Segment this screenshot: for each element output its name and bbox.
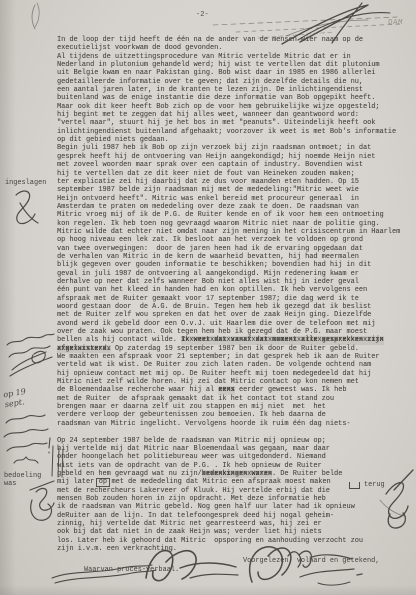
body-line-segment: hij begint met te zeggen dat hij alles w… (57, 111, 359, 119)
pen-mark-top-left (32, 3, 39, 29)
closing-formula-right: Voorgelezen, volhard en getekend, (243, 557, 379, 565)
body-line: raadsman van Mitric ingelicht. Vervolgen… (57, 420, 413, 428)
body-line-segment: van twee overwegingen: door de jaren hee… (57, 245, 363, 253)
body-line-segment: over de zaak wou praten. Ook tegen hem h… (57, 328, 367, 336)
body-line: buitenland was de enige instantie die de… (57, 94, 413, 102)
body-line-segment: geval in juli 1987 de ontvoering al aang… (57, 270, 359, 278)
body-line-segment: ik de raadsman van Mitric gebeld. Nog ge… (57, 503, 355, 511)
body-line-segment: In de loop der tijd heeft de één na de a… (57, 36, 363, 44)
body-line-segment: deRuiter aan de lijn. In dat telefoonges… (57, 512, 334, 520)
document-page: -2- DAM In de loop der tijd heeft de één… (0, 0, 416, 595)
body-line: op dit gebied niets gedaan. (57, 136, 413, 144)
body-line: met de Ruiter de afspraak gemaakt dat ik… (57, 395, 413, 403)
body-line-segment: Mitric vroeg mij of ik de P.G. de Ruiter… (57, 211, 384, 219)
body-line-segment: Mitric niet zelf wilde horen. Hij zei da… (57, 378, 359, 386)
body-line-segment: verdere verloop der gebeurtenissen zou b… (57, 411, 326, 419)
body-line-segment: Al tijdens de uitzettingsprocedure van M… (57, 53, 351, 61)
body-line-segment: Heijn ontvoerd heeft". Mitric was enkel … (57, 195, 359, 203)
body-line: avond werd ik gebeld door een O.v.J. uit… (57, 320, 413, 328)
body-line: onder hoongelach het politiebureau weer … (57, 453, 413, 461)
body-line: gedetailleerde informatie over te geven;… (57, 78, 413, 86)
body-line-segment: Maar ook dit keer heeft Bob zich op de v… (57, 103, 380, 111)
body-line-segment: hij vertelde mij dat Mitric naar Bloemen… (57, 445, 330, 453)
body-line-segment: de Bloemendaalse recherche waar hij al (57, 386, 218, 394)
body-line: Mitric vroeg mij of ik de P.G. de Ruiter… (57, 211, 413, 219)
body-line-segment-strike: eens (218, 386, 235, 394)
body-line-segment: gedetailleerde informatie over te geven;… (57, 78, 363, 86)
body-line-segment: wist iets van de opdracht van de P.G. . … (57, 462, 322, 470)
body-line-segment: los. Later heb ik gehoord dat Mitric ops… (57, 537, 363, 545)
body-line: ter explicatie zei hij daarbij dat ze du… (57, 178, 413, 186)
body-line-segment: ook bij dat dat niet in de zaak Heijn wa… (57, 528, 322, 536)
body-line: los. Later heb ik gehoord dat Mitric ops… (57, 537, 413, 545)
body-line-segment: inlichtingendienst buitenland afgehaakt;… (57, 128, 396, 136)
body-line-segment: avond werd ik gebeld door een O.v.J. uit… (57, 320, 375, 328)
body-line: één punt van het kleed in handen had en … (57, 286, 413, 294)
body-line (57, 428, 413, 436)
body-line-segment: met de Ruiter zelf wou spreken en dat he… (57, 311, 371, 319)
body-line: verdere verloop der gebeurtenissen zou b… (57, 411, 413, 419)
body-line: Begin juli 1987 heb ik Bob op zijn verzo… (57, 144, 413, 152)
body-line: afspraak met de Ruiter gemaakt voor 17 s… (57, 295, 413, 303)
body-line-segment: onder hoongelach het politiebureau weer … (57, 453, 326, 461)
body-line-segment: Mitric wilde dat echter niet omdat naar … (57, 228, 400, 236)
body-line: Nederland in plutonium gehandeld werd; h… (57, 61, 413, 69)
body-line: Mitric niet zelf wilde horen. Hij zei da… (57, 378, 413, 386)
body-line-segment-strike: bedenkingen waren (202, 470, 272, 478)
body-line: gesprek heeft hij de ontvoering van Heij… (57, 153, 413, 161)
body-line: Al tijdens de uitzettingsprocedure van M… (57, 53, 413, 61)
body-line: afgeluisterd. Op zaterdag 19 september 1… (57, 345, 413, 353)
body-line-segment: executielijst voorkwam de dood gevonden. (57, 44, 222, 52)
body-line-segment: Op 24 september 1987 belde de raadsman v… (57, 437, 326, 445)
body-line: ook bij dat dat niet in de zaak Heijn wa… (57, 528, 413, 536)
body-line: wist iets van de opdracht van de P.G. . … (57, 462, 413, 470)
body-line: op hoog niveau een lek zat. Ik besloot a… (57, 236, 413, 244)
body-line-segment: derhalve op neer dat zelfs wanneer Bob n… (57, 278, 359, 286)
body-line-segment: afspraak met de Ruiter gemaakt voor 17 s… (57, 295, 359, 303)
body-line: gebeld en hem gevraagd wat nu zijn/beden… (57, 470, 413, 478)
margin-note-line: was (4, 480, 41, 488)
body-line: een aantal jaren later, in de kranten te… (57, 86, 413, 94)
body-line: met zoveel woorden maar sprak over een c… (57, 161, 413, 169)
body-line-segment: brengen maar er daarna zelf uit zou stap… (57, 403, 326, 411)
stamp-text-fragment: DAM (388, 19, 404, 27)
document-body: In de loop der tijd heeft de één na de a… (57, 36, 413, 553)
body-line: We maakten een afspraak voor 21 septembe… (57, 353, 413, 361)
body-line-segment: met de Ruiter de afspraak gemaakt dat ik… (57, 395, 334, 403)
body-line-segment: de verhalen van Mitric in de kern de waa… (57, 253, 359, 261)
body-line: hij begint met te zeggen dat hij alles w… (57, 111, 413, 119)
body-line: september 1987 belde zijn raadsman mij m… (57, 186, 413, 194)
body-line-segment: mij later (57, 478, 94, 486)
body-line: Maar ook dit keer heeft Bob zich op de v… (57, 103, 413, 111)
body-line-segment: met de mededeling dat Mitric een afspraa… (112, 478, 331, 486)
body-line-segment: gesprek heeft hij de ontvoering van Heij… (57, 153, 375, 161)
body-line-segment: We maakten een afspraak voor 21 septembe… (57, 353, 380, 361)
body-line-segment: Op zaterdag 19 september 1987 ben ik doo… (111, 345, 359, 353)
body-line-segment: Begin juli 1987 heb ik Bob op zijn verzo… (57, 144, 371, 152)
page-number: -2- (196, 11, 209, 19)
body-line-segment: bellen als hij contact wilde. (57, 336, 181, 344)
margin-bracket-mark (349, 482, 360, 489)
body-line-segment: eerder geweest was. Ik heb (235, 386, 347, 394)
body-line: executielijst voorkwam de dood gevonden. (57, 44, 413, 52)
body-line-segment: op hoog niveau een lek zat. Ik besloot a… (57, 236, 363, 244)
body-line: Mitric wilde dat echter niet omdat naar … (57, 228, 413, 236)
body-line: inlichtingendienst buitenland afgehaakt;… (57, 128, 413, 136)
body-line-segment: zijn i.v.m. een verkrachting. (57, 545, 177, 553)
body-line-segment: met de rechercheurs Lakerveer of Kluuk. … (57, 487, 330, 495)
body-line: uit Belgie kwam en naar Pakistan ging. B… (57, 69, 413, 77)
body-line-segment: kon regelen. Ik heb toen nog gevraagd wa… (57, 220, 380, 228)
closing-formula-left: Waarvan proces-verbaal. (84, 566, 179, 574)
paraph-ingeslagen (16, 191, 38, 223)
body-line-segment: woord gestaan door de A.G. de Bruin. Teg… (57, 303, 371, 311)
margin-note-line: bedoeling (4, 472, 41, 480)
body-line-segment: buitenland was de enige instantie die de… (57, 94, 375, 102)
body-line: Op 24 september 1987 belde de raadsman v… (57, 437, 413, 445)
body-line: deRuiter aan de lijn. In dat telefoonges… (57, 512, 413, 520)
body-line-segment: Amsterdam te praten om mededeling over d… (57, 203, 359, 211)
body-line-segment: één punt van het kleed in handen had en … (57, 286, 367, 294)
body-line-segment: mensen Bob zouden horen in zijn opdracht… (57, 495, 326, 503)
body-line: ik de raadsman van Mitric gebeld. Nog ge… (57, 503, 413, 511)
body-line: de Bloemendaalse recherche waar hij al e… (57, 386, 413, 394)
body-line-segment: hij te vertellen dat ze dit keer niet de… (57, 170, 355, 178)
body-line: over de zaak wou praten. Ook tegen hem h… (57, 328, 413, 336)
body-line: zijn i.v.m. een verkrachting. (57, 545, 413, 553)
margin-note-terug: terug (364, 481, 385, 489)
body-line-segment: blijk gegeven over gouden informatie te … (57, 261, 371, 269)
body-line: derhalve op neer dat zelfs wanneer Bob n… (57, 278, 413, 286)
body-line-segment: ter explicatie zei hij daarbij dat ze du… (57, 178, 359, 186)
body-line-segment: hij opnieuw contact met mij op. De Ruite… (57, 370, 371, 378)
body-line: "vertel maar", stuurt hij je het bos in … (57, 119, 413, 127)
body-line-segment: "vertel maar", stuurt hij je het bos in … (57, 119, 375, 127)
body-line: Amsterdam te praten om mededeling over d… (57, 203, 413, 211)
body-line-segment: met zoveel woorden maar sprak over een c… (57, 161, 363, 169)
body-line: hij opnieuw contact met mij op. De Ruite… (57, 370, 413, 378)
handwritten-date-note: op 19 sept. (3, 386, 36, 410)
body-line-segment: uit Belgie kwam en naar Pakistan ging. B… (57, 69, 375, 77)
handwritten-note-lines (4, 415, 50, 463)
body-line-segment-strike: afgeluisterd. (57, 345, 111, 353)
body-line: hij vertelde mij dat Mitric naar Bloemen… (57, 445, 413, 453)
body-line-segment: een aantal jaren later, in de kranten te… (57, 86, 363, 94)
body-line: kon regelen. Ik heb toen nog gevraagd wa… (57, 220, 413, 228)
body-line: zinnig, hij vertelde dat Mitric net gear… (57, 520, 413, 528)
body-line: mensen Bob zouden horen in zijn opdracht… (57, 495, 413, 503)
body-line: brengen maar er daarna zelf uit zou stap… (57, 403, 413, 411)
body-line: bellen als hij contact wilde. Ik weet da… (57, 336, 413, 344)
body-line-segment: zinnig, hij vertelde dat Mitric net gear… (57, 520, 322, 528)
body-line-segment: op dit gebied niets gedaan. (57, 136, 169, 144)
body-line-segment: raadsman van Mitric ingelicht. Vervolgen… (57, 420, 351, 428)
body-line-segment: september 1987 belde zijn raadsman mij m… (57, 186, 359, 194)
body-line-segment: . De Ruiter belde (272, 470, 342, 478)
body-line: de verhalen van Mitric in de kern de waa… (57, 253, 413, 261)
body-line: woord gestaan door de A.G. de Bruin. Teg… (57, 303, 413, 311)
body-line-segment: verteld wat ik wist. De Ruiter zou zich … (57, 361, 371, 369)
body-line: blijk gegeven over gouden informatie te … (57, 261, 413, 269)
body-line: met de Ruiter zelf wou spreken en dat he… (57, 311, 413, 319)
handwritten-note-scribble (7, 334, 54, 376)
body-line: geval in juli 1987 de ontvoering al aang… (57, 270, 413, 278)
margin-note-bedoeling: bedoeling was (4, 472, 41, 488)
body-line: In de loop der tijd heeft de één na de a… (57, 36, 413, 44)
margin-note-ingeslagen: ingeslagen (5, 179, 46, 187)
body-line: Heijn ontvoerd heeft". Mitric was enkel … (57, 195, 413, 203)
body-line: van twee overwegingen: door de jaren hee… (57, 245, 413, 253)
body-line: verteld wat ik wist. De Ruiter zou zich … (57, 361, 413, 369)
body-line: hij te vertellen dat ze dit keer niet de… (57, 170, 413, 178)
body-line-segment: gebeld en hem gevraagd wat nu zijn/ (57, 470, 202, 478)
body-line-segment: Nederland in plutonium gehandeld werd; h… (57, 61, 380, 69)
body-line-segment-strike: Ik weet dat vanaf dat moment alle gespre… (181, 336, 384, 344)
